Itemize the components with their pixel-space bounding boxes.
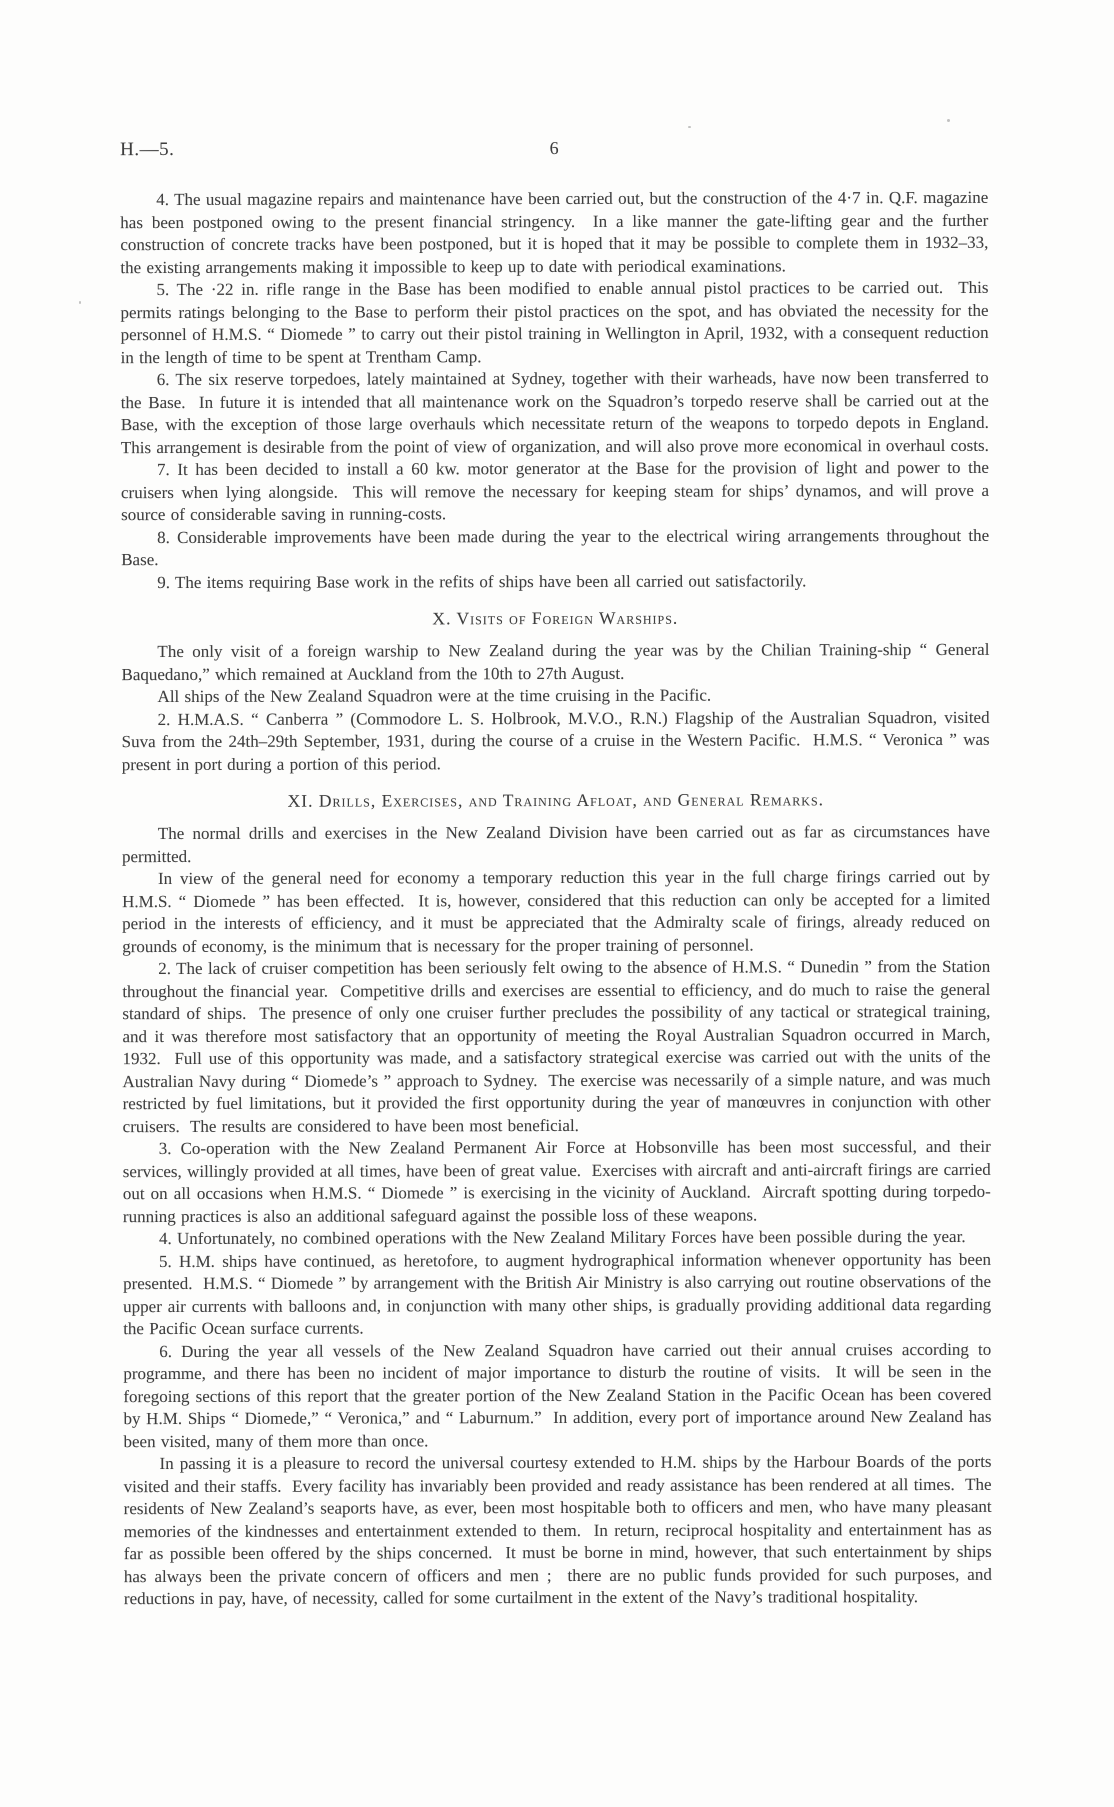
section-heading-drills-exercises: XI. Drills, Exercises, and Training Aflo…	[122, 789, 990, 812]
paragraph-cruiser-competition: 2. The lack of cruiser competition has b…	[122, 956, 990, 1138]
paragraph-harbour-courtesy: In passing it is a pleasure to record th…	[124, 1451, 992, 1611]
paragraph-chilian-training-ship: The only visit of a foreign warship to N…	[121, 639, 989, 686]
scan-speckle	[688, 126, 691, 128]
paragraph-electrical-wiring: 8. Considerable improvements have been m…	[121, 524, 989, 571]
page-number: 6	[120, 137, 988, 160]
paragraph-no-combined-operations: 4. Unfortunately, no combined operations…	[123, 1226, 991, 1251]
paragraph-base-refits: 9. The items requiring Base work in the …	[121, 569, 989, 594]
paragraph-economy-reduction: In view of the general need for economy …	[122, 866, 990, 958]
page-content: H.—5. 6 4. The usual magazine repairs an…	[120, 137, 992, 1611]
paragraph-rifle-range: 5. The ·22 in. rifle range in the Base h…	[120, 277, 988, 369]
paragraph-annual-cruises: 6. During the year all vessels of the Ne…	[123, 1338, 991, 1453]
scanned-document-page: H.—5. 6 4. The usual magazine repairs an…	[0, 0, 1114, 1807]
paragraph-reserve-torpedoes: 6. The six reserve torpedoes, lately mai…	[121, 367, 989, 459]
scan-speckle	[79, 301, 81, 304]
page-header: H.—5. 6	[120, 137, 988, 165]
paragraph-air-force-cooperation: 3. Co-operation with the New Zealand Per…	[123, 1136, 991, 1228]
paragraph-normal-drills: The normal drills and exercises in the N…	[122, 821, 990, 868]
paragraph-base-magazine: 4. The usual magazine repairs and mainte…	[120, 187, 988, 279]
paragraph-hmas-canberra: 2. H.M.A.S. “ Canberra ” (Commodore L. S…	[122, 706, 990, 776]
paragraph-squadron-cruising-pacific: All ships of the New Zealand Squadron we…	[122, 684, 990, 709]
paragraph-motor-generator: 7. It has been decided to install a 60 k…	[121, 457, 989, 527]
scan-speckle	[947, 119, 950, 122]
section-heading-visits-foreign-warships: X. Visits of Foreign Warships.	[121, 607, 989, 630]
paragraph-hydrographical-information: 5. H.M. ships have continued, as heretof…	[123, 1248, 991, 1340]
